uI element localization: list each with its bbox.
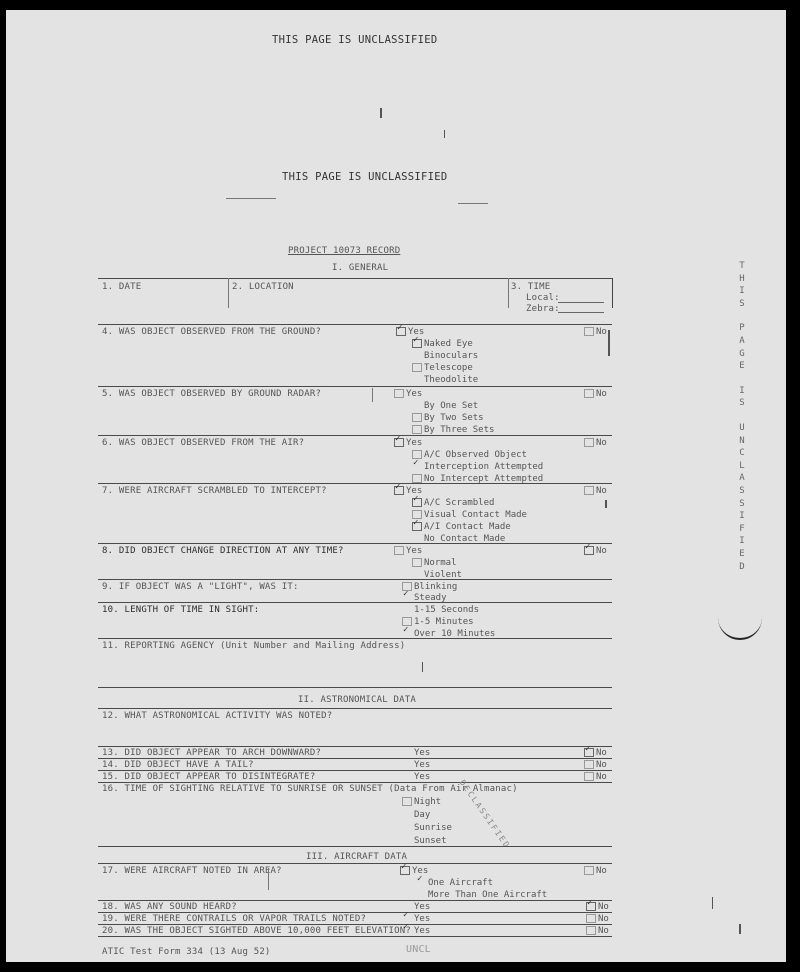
q7-no-label: No xyxy=(596,486,607,496)
side-banner-letter: S xyxy=(736,498,748,511)
section-heading-astronomical: II. ASTRONOMICAL DATA xyxy=(298,695,416,705)
rule xyxy=(98,386,612,387)
q14-no-label: No xyxy=(596,760,607,770)
checkbox-icon[interactable] xyxy=(394,438,404,447)
rule xyxy=(98,863,612,864)
scan-artifact xyxy=(739,924,741,934)
side-banner-letter: F xyxy=(736,523,748,536)
option-label: Telescope xyxy=(424,363,473,373)
rule xyxy=(372,388,373,402)
side-banner-letter: I xyxy=(736,285,748,298)
side-banner-letter: L xyxy=(736,460,748,473)
option-label: Sunset xyxy=(414,836,447,846)
q6-option-interception-attempted[interactable]: Interception Attempted xyxy=(412,462,543,472)
question-19-label: 19. WERE THERE CONTRAILS OR VAPOR TRAILS… xyxy=(102,914,366,924)
divider xyxy=(458,203,488,204)
q19-no[interactable]: No xyxy=(586,914,609,924)
checkbox-icon[interactable] xyxy=(584,866,594,875)
checkbox-icon[interactable] xyxy=(412,413,422,422)
question-6-label: 6. WAS OBJECT OBSERVED FROM THE AIR? xyxy=(102,438,304,448)
checkbox-icon[interactable] xyxy=(416,878,426,887)
question-9-label: 9. IF OBJECT WAS A "LIGHT", WAS IT: xyxy=(102,582,299,592)
q6-no-label: No xyxy=(596,438,607,448)
option-label: By One Set xyxy=(424,401,478,411)
side-banner-letter: S xyxy=(736,298,748,311)
rule xyxy=(98,770,612,771)
checkbox-icon[interactable] xyxy=(412,375,422,384)
q5-option-three-sets[interactable]: By Three Sets xyxy=(412,425,494,435)
q16-option-sunset[interactable]: Sunset xyxy=(402,836,447,846)
option-label: By Two Sets xyxy=(424,413,484,423)
side-banner-letter: A xyxy=(736,472,748,485)
q9-option-blinking[interactable]: Blinking xyxy=(402,582,457,592)
q5-yes[interactable]: Yes xyxy=(394,389,422,399)
local-time-field[interactable] xyxy=(558,302,604,303)
q17-yes[interactable]: Yes xyxy=(400,866,428,876)
question-10-label: 10. LENGTH OF TIME IN SIGHT: xyxy=(102,605,259,615)
scan-artifact xyxy=(712,897,713,909)
checkbox-icon[interactable] xyxy=(584,438,594,447)
rule xyxy=(98,900,612,901)
question-5-label: 5. WAS OBJECT OBSERVED BY GROUND RADAR? xyxy=(102,389,321,399)
rule xyxy=(98,758,612,759)
q5-yes-label: Yes xyxy=(406,389,422,399)
option-label: Naked Eye xyxy=(424,339,473,349)
question-16-label: 16. TIME OF SIGHTING RELATIVE TO SUNRISE… xyxy=(102,784,518,794)
question-20-label: 20. WAS THE OBJECT SIGHTED ABOVE 10,000 … xyxy=(102,926,411,936)
option-label: A/C Scrambled xyxy=(424,498,494,508)
q4-option-naked-eye[interactable]: Naked Eye xyxy=(412,339,473,349)
q8-no[interactable]: No xyxy=(584,546,607,556)
q7-option-ac-scrambled[interactable]: A/C Scrambled xyxy=(412,498,494,508)
form-title: PROJECT 10073 RECORD xyxy=(288,246,400,256)
q6-no[interactable]: No xyxy=(584,438,607,448)
checkbox-icon[interactable] xyxy=(586,902,596,911)
unclassified-stamp-bottom: UNCL xyxy=(406,944,431,955)
question-4-label: 4. WAS OBJECT OBSERVED FROM THE GROUND? xyxy=(102,327,321,337)
q6-yes[interactable]: Yes xyxy=(394,438,422,448)
rule xyxy=(98,602,612,603)
q15-no-label: No xyxy=(596,772,607,782)
checkbox-icon[interactable] xyxy=(400,866,410,875)
q7-option-visual-contact[interactable]: Visual Contact Made xyxy=(412,510,527,520)
rule xyxy=(98,912,612,913)
option-label: More Than One Aircraft xyxy=(428,890,547,900)
checkbox-icon[interactable] xyxy=(402,772,412,781)
checkbox-icon[interactable] xyxy=(584,760,594,769)
checkbox-icon[interactable] xyxy=(412,534,422,543)
checkbox-icon[interactable] xyxy=(412,401,422,410)
q6-option-ac-observed[interactable]: A/C Observed Object xyxy=(412,450,527,460)
scan-artifact xyxy=(380,108,382,118)
q8-option-normal[interactable]: Normal xyxy=(412,558,457,568)
q20-yes[interactable]: Yes xyxy=(402,926,430,936)
q8-no-label: No xyxy=(596,546,607,556)
question-17-label: 17. WERE AIRCRAFT NOTED IN AREA? xyxy=(102,866,282,876)
question-8-label: 8. DID OBJECT CHANGE DIRECTION AT ANY TI… xyxy=(102,546,344,556)
ink-mark xyxy=(422,662,423,672)
q19-no-label: No xyxy=(598,914,609,924)
rule xyxy=(98,924,612,925)
rule xyxy=(98,579,612,580)
q18-no[interactable]: No xyxy=(586,902,609,912)
side-banner-letter: S xyxy=(736,397,748,410)
question-14-label: 14. DID OBJECT HAVE A TAIL? xyxy=(102,760,254,770)
checkbox-icon[interactable] xyxy=(412,522,422,531)
q4-yes[interactable]: Yes xyxy=(396,327,424,337)
checkbox-icon[interactable] xyxy=(412,570,422,579)
q16-option-night[interactable]: Night xyxy=(402,797,441,807)
section-heading-aircraft: III. AIRCRAFT DATA xyxy=(306,852,407,862)
question-11-label: 11. REPORTING AGENCY (Unit Number and Ma… xyxy=(102,641,405,651)
form-number-footer: ATIC Test Form 334 (13 Aug 52) xyxy=(102,947,271,957)
checkbox-icon[interactable] xyxy=(586,914,596,923)
q20-no[interactable]: No xyxy=(586,926,609,936)
q20-yes-label: Yes xyxy=(414,926,430,936)
side-banner-letter: A xyxy=(736,335,748,348)
checkbox-icon[interactable] xyxy=(416,890,426,899)
side-banner-letter: N xyxy=(736,435,748,448)
checkbox-icon[interactable] xyxy=(402,629,412,638)
q15-yes[interactable]: Yes xyxy=(402,772,430,782)
rule xyxy=(98,483,612,484)
q18-yes-label: Yes xyxy=(414,902,430,912)
rule xyxy=(98,846,612,847)
checkbox-icon[interactable] xyxy=(584,748,594,757)
q17-option-one-aircraft[interactable]: One Aircraft xyxy=(416,878,493,888)
side-banner-letter: D xyxy=(736,561,748,574)
option-label: Binoculars xyxy=(424,351,478,361)
option-label: Interception Attempted xyxy=(424,462,543,472)
q13-yes[interactable]: Yes xyxy=(402,748,430,758)
q5-option-two-sets[interactable]: By Two Sets xyxy=(412,413,484,423)
question-12-label: 12. WHAT ASTRONOMICAL ACTIVITY WAS NOTED… xyxy=(102,711,332,721)
reporting-agency-field[interactable] xyxy=(102,652,602,682)
side-banner-letter: G xyxy=(736,348,748,361)
question-7-label: 7. WERE AIRCRAFT SCRAMBLED TO INTERCEPT? xyxy=(102,486,327,496)
rule xyxy=(98,708,612,709)
q15-no[interactable]: No xyxy=(584,772,607,782)
q14-yes-label: Yes xyxy=(414,760,430,770)
q10-option-1-15-seconds[interactable]: 1-15 Seconds xyxy=(402,605,479,615)
location-label: 2. LOCATION xyxy=(232,282,294,292)
checkbox-icon[interactable] xyxy=(584,772,594,781)
q17-no-label: No xyxy=(596,866,607,876)
option-label: By Three Sets xyxy=(424,425,494,435)
rule xyxy=(98,638,612,639)
option-label: Theodolite xyxy=(424,375,478,385)
side-banner-letter: T xyxy=(736,260,748,273)
q4-option-binoculars[interactable]: Binoculars xyxy=(412,351,478,361)
checkbox-icon[interactable] xyxy=(412,363,422,372)
scan-artifact xyxy=(444,130,445,138)
q14-no[interactable]: No xyxy=(584,760,607,770)
checkbox-icon[interactable] xyxy=(412,462,422,471)
checkbox-icon[interactable] xyxy=(584,327,594,336)
question-13-label: 13. DID OBJECT APPEAR TO ARCH DOWNWARD? xyxy=(102,748,321,758)
zebra-time-field[interactable] xyxy=(558,312,604,313)
q8-yes-label: Yes xyxy=(406,546,422,556)
checkbox-icon[interactable] xyxy=(412,474,422,483)
checkbox-icon[interactable] xyxy=(402,797,412,806)
scanned-form-page: THIS PAGE IS UNCLASSIFIED THIS PAGE IS U… xyxy=(6,10,786,962)
q4-option-theodolite[interactable]: Theodolite xyxy=(412,375,478,385)
option-label: Normal xyxy=(424,558,457,568)
q16-option-day[interactable]: Day xyxy=(402,810,430,820)
option-label: Blinking xyxy=(414,582,457,592)
q5-option-one-set[interactable]: By One Set xyxy=(412,401,478,411)
rule xyxy=(98,746,612,747)
local-time-label: Local: xyxy=(526,293,560,303)
rule xyxy=(508,278,509,308)
checkbox-icon[interactable] xyxy=(402,605,412,614)
rule xyxy=(98,543,612,544)
divider xyxy=(226,198,276,199)
rule xyxy=(98,936,612,937)
q14-yes[interactable]: Yes xyxy=(402,760,430,770)
section-heading-general: I. GENERAL xyxy=(332,263,388,273)
side-banner-letter: S xyxy=(736,485,748,498)
option-label: 1-5 Minutes xyxy=(414,617,474,627)
rule xyxy=(98,687,612,688)
rule xyxy=(268,868,269,890)
option-label: One Aircraft xyxy=(428,878,493,888)
q19-yes-label: Yes xyxy=(414,914,430,924)
date-label: 1. DATE xyxy=(102,282,141,292)
question-18-label: 18. WAS ANY SOUND HEARD? xyxy=(102,902,237,912)
checkbox-icon[interactable] xyxy=(402,810,412,819)
checkbox-icon[interactable] xyxy=(402,593,412,602)
checkbox-icon[interactable] xyxy=(412,339,422,348)
rule xyxy=(98,782,612,783)
q4-option-telescope[interactable]: Telescope xyxy=(412,363,473,373)
checkbox-icon[interactable] xyxy=(394,486,404,495)
side-banner-letter: I xyxy=(736,535,748,548)
rule xyxy=(612,278,613,308)
side-banner-letter: U xyxy=(736,422,748,435)
checkbox-icon[interactable] xyxy=(412,425,422,434)
astronomical-activity-field[interactable] xyxy=(102,722,602,744)
side-banner-letter: C xyxy=(736,447,748,460)
q4-no[interactable]: No xyxy=(584,327,607,337)
checkbox-icon[interactable] xyxy=(402,823,412,832)
rule xyxy=(98,324,612,325)
classification-banner-top: THIS PAGE IS UNCLASSIFIED xyxy=(272,34,438,46)
q17-no[interactable]: No xyxy=(584,866,607,876)
checkbox-icon[interactable] xyxy=(584,486,594,495)
ink-mark xyxy=(605,500,607,508)
checkbox-icon[interactable] xyxy=(394,546,404,555)
q13-no-label: No xyxy=(596,748,607,758)
rule xyxy=(98,435,612,436)
question-15-label: 15. DID OBJECT APPEAR TO DISINTEGRATE? xyxy=(102,772,316,782)
option-label: Visual Contact Made xyxy=(424,510,527,520)
option-label: Sunrise xyxy=(414,823,452,833)
checkbox-icon[interactable] xyxy=(412,558,422,567)
checkbox-icon[interactable] xyxy=(584,389,594,398)
checkbox-icon[interactable] xyxy=(402,926,412,935)
q4-no-label: No xyxy=(596,327,607,337)
q10-option-1-5-minutes[interactable]: 1-5 Minutes xyxy=(402,617,474,627)
time-label: 3. TIME xyxy=(511,282,550,292)
option-label: A/C Observed Object xyxy=(424,450,527,460)
q13-yes-label: Yes xyxy=(414,748,430,758)
q6-yes-label: Yes xyxy=(406,438,422,448)
side-banner-letter: P xyxy=(736,322,748,335)
rule xyxy=(228,278,229,308)
side-banner-letter: E xyxy=(736,548,748,561)
classification-banner-middle: THIS PAGE IS UNCLASSIFIED xyxy=(282,171,448,183)
curve-mark xyxy=(718,610,762,640)
q15-yes-label: Yes xyxy=(414,772,430,782)
checkbox-icon[interactable] xyxy=(394,389,404,398)
q7-option-ai-contact[interactable]: A/I Contact Made xyxy=(412,522,511,532)
q7-no[interactable]: No xyxy=(584,486,607,496)
side-banner-letter: E xyxy=(736,360,748,373)
checkbox-icon[interactable] xyxy=(412,498,422,507)
q13-no[interactable]: No xyxy=(584,748,607,758)
q5-no[interactable]: No xyxy=(584,389,607,399)
checkbox-icon[interactable] xyxy=(402,748,412,757)
q5-no-label: No xyxy=(596,389,607,399)
checkbox-icon[interactable] xyxy=(402,836,412,845)
side-banner-letter: I xyxy=(736,385,748,398)
option-label: Night xyxy=(414,797,441,807)
ink-mark xyxy=(608,330,610,356)
option-label: A/I Contact Made xyxy=(424,522,511,532)
q8-yes[interactable]: Yes xyxy=(394,546,422,556)
checkbox-icon[interactable] xyxy=(412,351,422,360)
option-label: Day xyxy=(414,810,430,820)
checkbox-icon[interactable] xyxy=(584,546,594,555)
q20-no-label: No xyxy=(598,926,609,936)
side-banner-letter: I xyxy=(736,510,748,523)
checkbox-icon[interactable] xyxy=(586,926,596,935)
q16-option-sunrise[interactable]: Sunrise xyxy=(402,823,452,833)
option-label: 1-15 Seconds xyxy=(414,605,479,615)
side-banner-letter: H xyxy=(736,273,748,286)
zebra-time-label: Zebra: xyxy=(526,304,560,314)
checkbox-icon[interactable] xyxy=(402,760,412,769)
q18-no-label: No xyxy=(598,902,609,912)
q17-option-more-than-one[interactable]: More Than One Aircraft xyxy=(416,890,547,900)
checkbox-icon[interactable] xyxy=(396,327,406,336)
rule xyxy=(98,278,612,279)
